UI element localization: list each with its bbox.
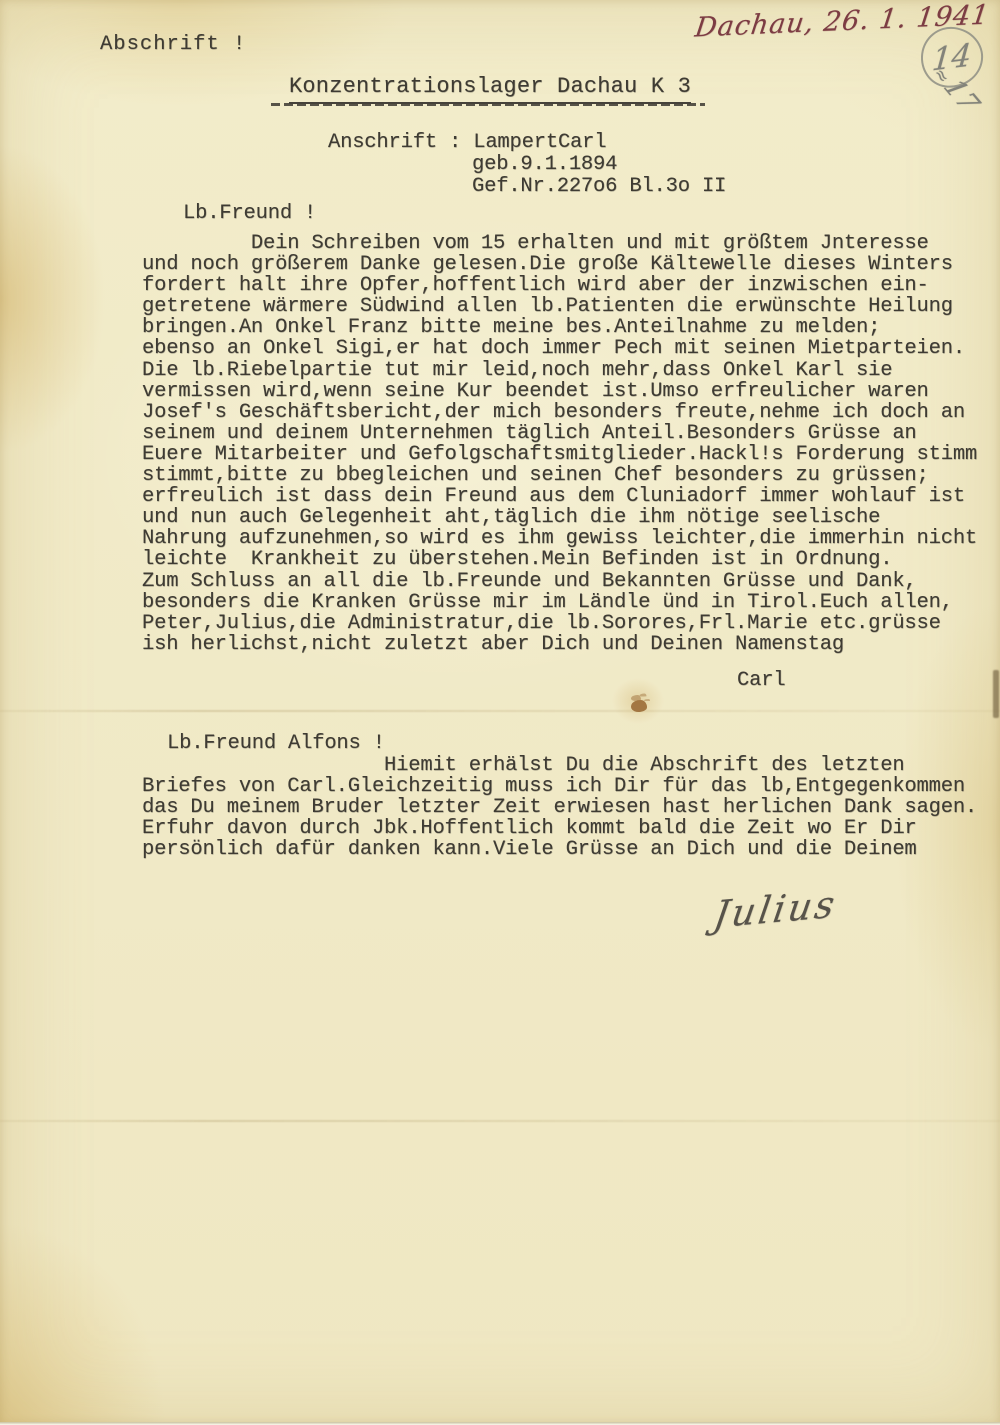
letter1-salutation: Lb.Freund ! <box>183 202 316 225</box>
letter1-signature: Carl <box>737 669 785 692</box>
prisoner-number-line: Gef.Nr.227o6 Bl.3o II <box>472 175 726 198</box>
ink-stain <box>631 700 647 712</box>
copy-label: Abschrift ! <box>100 33 246 56</box>
recipient-name-line: Anschrift : LampertCarl <box>328 131 606 154</box>
letter2-salutation: Lb.Freund Alfons ! <box>167 732 385 755</box>
letter1-body: Dein Schreiben vom 15 erhalten und mit g… <box>142 233 977 655</box>
page-edge-mark <box>993 670 999 718</box>
letter2-signature-handwritten: Julius <box>711 882 841 937</box>
birthdate-line: geb.9.1.1894 <box>472 153 617 176</box>
scanned-letter-page: Dachau, 26. 1. 1941 14 ≈ 17 Abschrift ! … <box>0 0 1000 1425</box>
title-dashed-underline <box>271 103 705 106</box>
document-title: Konzentrationslager Dachau K 3 <box>289 74 691 104</box>
letter2-body: Hiemit erhälst Du die Abschrift des letz… <box>142 755 977 860</box>
fold-crease-upper <box>0 710 1000 712</box>
fold-crease-lower <box>0 1120 1000 1122</box>
